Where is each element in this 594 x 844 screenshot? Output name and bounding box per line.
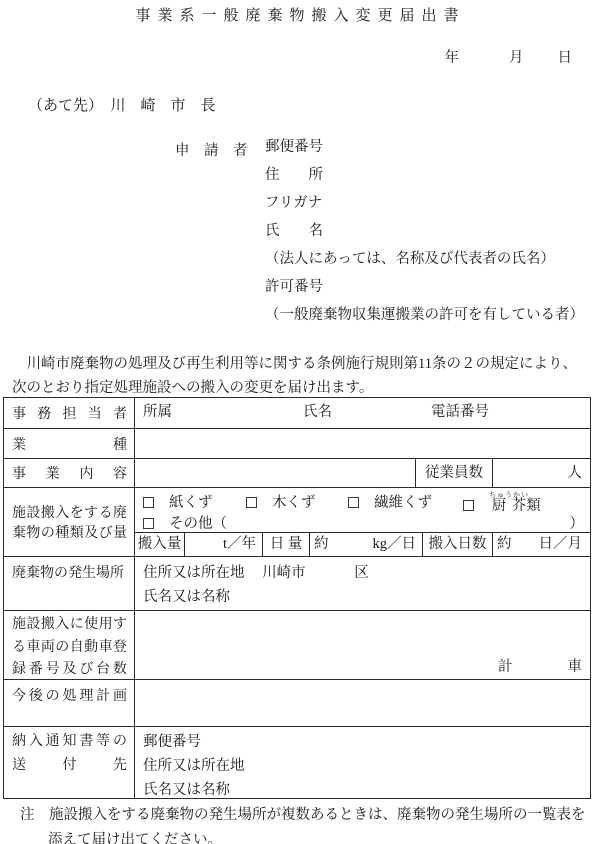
vehicles-total-label: 計 [498, 655, 513, 676]
addressee-line: （あて先） 川 崎 市 長 [28, 94, 216, 115]
carry-days-label: 搬入日数 [423, 533, 493, 556]
staff-row-label: 事 務 担 当 者 [12, 403, 127, 423]
footnote-line-2: 添えて届け出てください。 [20, 828, 586, 844]
origin-city-label: 川崎市 [262, 565, 306, 581]
date-line: 年 月 日 [0, 46, 572, 67]
checkbox-fiber[interactable] [348, 497, 359, 508]
days-unit-label: 日／月 [539, 533, 583, 556]
applicant-label: 申 請 者 [175, 139, 248, 160]
vehicles-row-label: 施設搬入に使用する車両の自動車登録番号及び台数 [4, 611, 135, 679]
daily-qty-label: 日 量 [263, 533, 310, 556]
checkbox-wood[interactable] [246, 497, 257, 508]
table-row-industry: 業 種 [4, 428, 590, 458]
footnote-line-1: 注 施設搬入をする廃棄物の発生場所が複数あるときは、廃棄物の発生場所の一覧表を [20, 803, 586, 828]
applicant-furigana-label: フリガナ [265, 189, 584, 217]
checkbox-item-paper: 紙くず [143, 491, 213, 512]
industry-row-label: 業 種 [12, 434, 127, 454]
footnote: 注 施設搬入をする廃棄物の発生場所が複数あるときは、廃棄物の発生場所の一覧表を … [20, 803, 586, 844]
applicant-field-list: 郵便番号 住 所 フリガナ 氏 名 （法人にあっては、名称及び代表者の氏名） 許… [265, 133, 584, 329]
checkbox-kitchen-label: 厨芥ちゅうかい類 [489, 498, 541, 514]
origin-input-area[interactable]: 住所又は所在地 川崎市 区 氏名又は名称 [135, 557, 590, 610]
table-row-vehicles: 施設搬入に使用する車両の自動車登録番号及び台数 計 車 [4, 610, 590, 679]
checkbox-paper-label: 紙くず [169, 495, 213, 511]
checkbox-item-other: その他（ [143, 512, 227, 533]
checkbox-item-kitchen: 厨芥ちゅうかい類 [463, 491, 541, 515]
checkbox-other-label: その他（ [169, 516, 227, 532]
business-row-label: 事 業 内 容 [12, 463, 127, 483]
employees-input-area[interactable]: 人 [493, 459, 590, 487]
applicant-postal-label: 郵便番号 [265, 133, 584, 161]
employees-label: 従業員数 [416, 459, 493, 487]
staff-phone-label: 電話番号 [431, 398, 489, 427]
waste-type-row-label: 施設搬入をする廃棄物の種類及び量 [12, 502, 127, 542]
day-label: 日 [558, 46, 573, 67]
table-row-business: 事 業 内 容 従業員数 人 [4, 458, 590, 487]
applicant-permit-note: （一般廃棄物収集運搬業の許可を有している者） [265, 301, 584, 329]
qty-unit-label: t／年 [223, 536, 256, 552]
other-close-paren: ） [570, 512, 585, 533]
form-table: 事 務 担 当 者 所属 氏名 電話番号 業 種 事 業 内 容 従業員数 人 [3, 397, 591, 799]
applicant-corporation-note: （法人にあっては、名称及び代表者の氏名） [265, 245, 584, 273]
plan-input-area[interactable] [135, 680, 590, 726]
form-title: 事業系一般廃棄物搬入変更届出書 [0, 4, 594, 25]
notice-row-label-line2: 送 付 先 [12, 754, 127, 778]
checkbox-paper[interactable] [143, 497, 154, 508]
qty-label: 搬入量 [135, 533, 185, 556]
notice-row-label-line1: 納入通知書等の [12, 730, 127, 754]
waste-type-checkbox-area: 紙くず 木くず 繊維くず 厨芥ちゅうかい類 その他（ ） [135, 488, 590, 532]
checkbox-item-wood: 木くず [246, 491, 316, 512]
vehicles-total-unit: 車 [568, 655, 583, 676]
origin-address-line: 住所又は所在地 川崎市 区 [143, 561, 590, 585]
days-approx-label: 約 [497, 533, 512, 556]
checkbox-wood-label: 木くず [272, 495, 316, 511]
vehicles-input-area[interactable]: 計 車 [135, 611, 590, 679]
applicant-permit-label: 許可番号 [265, 273, 584, 301]
daily-unit-label: kg／日 [373, 533, 417, 556]
business-input-area[interactable] [135, 459, 416, 487]
table-row-origin: 廃棄物の発生場所 住所又は所在地 川崎市 区 氏名又は名称 [4, 556, 590, 610]
table-row-waste-type: 施設搬入をする廃棄物の種類及び量 紙くず 木くず 繊維くず 厨芥ちゅうかい類 [4, 487, 590, 556]
origin-row-label: 廃棄物の発生場所 [12, 562, 127, 582]
checkbox-item-fiber: 繊維くず [348, 491, 432, 512]
checkbox-fiber-label: 繊維くず [374, 495, 432, 511]
notice-postal-label: 郵便番号 [143, 730, 590, 754]
waste-quantity-subrow: 搬入量 t／年 日 量 約 kg／日 搬入日数 約 日／月 [135, 532, 590, 556]
qty-per-year-cell[interactable]: t／年 [185, 533, 263, 556]
origin-name-label: 氏名又は名称 [143, 585, 590, 609]
notice-name-label: 氏名又は名称 [143, 778, 590, 802]
daily-qty-cell[interactable]: 約 kg／日 [310, 533, 423, 556]
origin-address-label: 住所又は所在地 [143, 565, 245, 581]
carry-days-cell[interactable]: 約 日／月 [493, 533, 590, 556]
checkbox-other[interactable] [143, 518, 154, 529]
applicant-name-label: 氏 名 [265, 217, 584, 245]
notice-address-label: 住所又は所在地 [143, 754, 590, 778]
month-label: 月 [509, 46, 524, 67]
waste-change-notification-form: 事業系一般廃棄物搬入変更届出書 年 月 日 （あて先） 川 崎 市 長 申 請 … [0, 0, 594, 844]
checkbox-kitchen[interactable] [463, 500, 474, 511]
intro-line-1: 川崎市廃棄物の処理及び再生利用等に関する条例施行規則第11条の２の規定により、 [12, 353, 588, 377]
year-label: 年 [445, 46, 460, 67]
table-row-plan: 今後の処理計画 [4, 679, 590, 726]
applicant-address-label: 住 所 [265, 161, 584, 189]
industry-input-area[interactable] [135, 429, 590, 458]
table-row-staff: 事 務 担 当 者 所属 氏名 電話番号 [4, 398, 590, 428]
origin-ward-label: 区 [354, 565, 369, 581]
notice-input-area[interactable]: 郵便番号 住所又は所在地 氏名又は名称 [135, 727, 590, 798]
daily-approx-label: 約 [314, 533, 329, 556]
staff-dept-label: 所属 [143, 398, 172, 427]
plan-row-label: 今後の処理計画 [12, 685, 127, 705]
employees-unit-label: 人 [568, 465, 583, 481]
staff-input-area[interactable]: 所属 氏名 電話番号 [135, 398, 590, 428]
staff-name-label: 氏名 [303, 398, 332, 427]
table-row-notice: 納入通知書等の 送 付 先 郵便番号 住所又は所在地 氏名又は名称 [4, 726, 590, 798]
intro-paragraph: 川崎市廃棄物の処理及び再生利用等に関する条例施行規則第11条の２の規定により、 … [12, 353, 588, 400]
kitchen-ruby-text: ちゅうかい [489, 491, 529, 499]
